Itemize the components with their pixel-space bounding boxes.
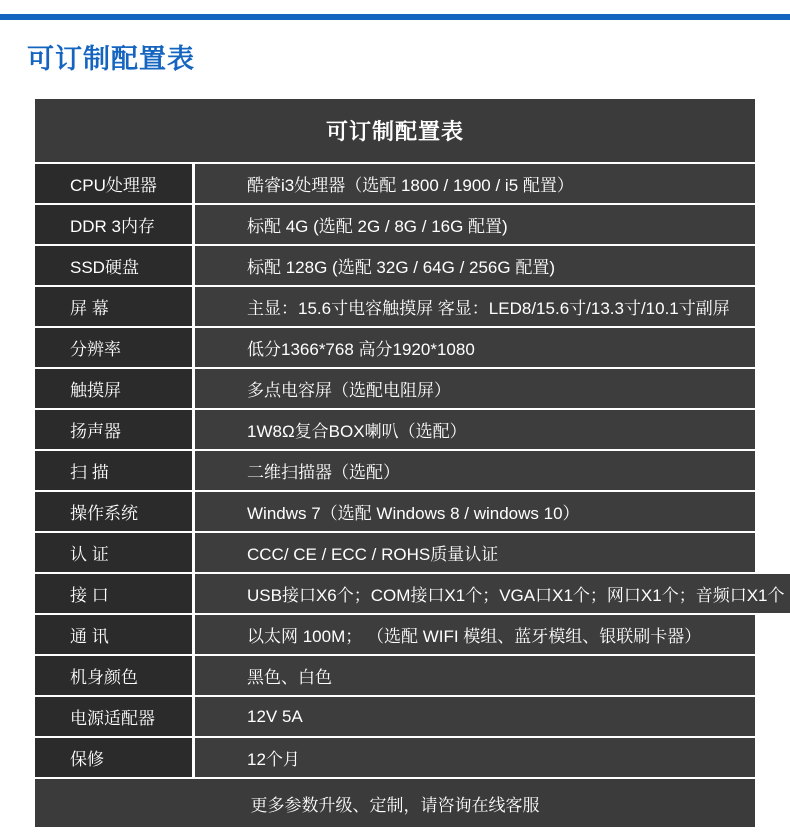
page-title: 可订制配置表 — [27, 37, 790, 76]
spec-label-cell: 保修 — [35, 738, 192, 777]
spec-value-cell: 标配 4G (选配 2G / 8G / 16G 配置) — [195, 205, 755, 244]
spec-label-cell: 电源适配器 — [35, 697, 192, 736]
table-footer-note: 更多参数升级、定制，请咨询在线客服 — [35, 779, 755, 827]
spec-label-cell: 分辨率 — [35, 328, 192, 367]
spec-label-cell: 接 口 — [35, 574, 192, 613]
spec-label-cell: 认 证 — [35, 533, 192, 572]
spec-value-cell: 12个月 — [195, 738, 755, 777]
spec-label-cell: 通 讯 — [35, 615, 192, 654]
spec-label-cell: 操作系统 — [35, 492, 192, 531]
spec-value-cell: 酷睿i3处理器（选配 1800 / 1900 / i5 配置） — [195, 164, 755, 203]
table-row: 认 证 CCC/ CE / ECC / ROHS质量认证 — [35, 533, 755, 572]
table-row: 扫 描 二维扫描器（选配） — [35, 451, 755, 490]
spec-value-cell: 1W8Ω复合BOX喇叭（选配） — [195, 410, 755, 449]
table-row: 触摸屏 多点电容屏（选配电阻屏） — [35, 369, 755, 408]
spec-value-cell: 黑色、白色 — [195, 656, 755, 695]
table-row: SSD硬盘 标配 128G (选配 32G / 64G / 256G 配置) — [35, 246, 755, 285]
spec-label-cell: 扫 描 — [35, 451, 192, 490]
table-row: 屏 幕 主显：15.6寸电容触摸屏 客显：LED8/15.6寸/13.3寸/10… — [35, 287, 755, 326]
spec-label-cell: CPU处理器 — [35, 164, 192, 203]
table-row: 保修 12个月 — [35, 738, 755, 777]
spec-label-cell: 机身颜色 — [35, 656, 192, 695]
table-header-title: 可订制配置表 — [35, 99, 755, 162]
spec-label-cell: SSD硬盘 — [35, 246, 192, 285]
spec-value-cell: 主显：15.6寸电容触摸屏 客显：LED8/15.6寸/13.3寸/10.1寸副… — [195, 287, 755, 326]
table-row: CPU处理器 酷睿i3处理器（选配 1800 / 1900 / i5 配置） — [35, 164, 755, 203]
spec-value-cell: Windws 7（选配 Windows 8 / windows 10） — [195, 492, 755, 531]
spec-value-cell: 12V 5A — [195, 697, 755, 736]
spec-label-cell: 扬声器 — [35, 410, 192, 449]
spec-value-cell: USB接口X6个；COM接口X1个；VGA口X1个；网口X1个；音频口X1个 — [195, 574, 790, 613]
table-row: 操作系统 Windws 7（选配 Windows 8 / windows 10） — [35, 492, 755, 531]
table-row: 机身颜色 黑色、白色 — [35, 656, 755, 695]
spec-value-cell: CCC/ CE / ECC / ROHS质量认证 — [195, 533, 755, 572]
spec-value-cell: 标配 128G (选配 32G / 64G / 256G 配置) — [195, 246, 755, 285]
table-row: 接 口 USB接口X6个；COM接口X1个；VGA口X1个；网口X1个；音频口X… — [35, 574, 755, 613]
spec-label-cell: DDR 3内存 — [35, 205, 192, 244]
spec-table: 可订制配置表 CPU处理器 酷睿i3处理器（选配 1800 / 1900 / i… — [35, 99, 755, 827]
table-row: DDR 3内存 标配 4G (选配 2G / 8G / 16G 配置) — [35, 205, 755, 244]
spec-value-cell: 以太网 100M； （选配 WIFI 模组、蓝牙模组、银联刷卡器） — [195, 615, 755, 654]
table-row: 通 讯 以太网 100M； （选配 WIFI 模组、蓝牙模组、银联刷卡器） — [35, 615, 755, 654]
spec-value-cell: 低分1366*768 高分1920*1080 — [195, 328, 755, 367]
top-accent-bar — [0, 14, 790, 20]
spec-value-cell: 多点电容屏（选配电阻屏） — [195, 369, 755, 408]
table-row: 分辨率 低分1366*768 高分1920*1080 — [35, 328, 755, 367]
table-row: 电源适配器 12V 5A — [35, 697, 755, 736]
spec-label-cell: 屏 幕 — [35, 287, 192, 326]
spec-value-cell: 二维扫描器（选配） — [195, 451, 755, 490]
spec-label-cell: 触摸屏 — [35, 369, 192, 408]
table-row: 扬声器 1W8Ω复合BOX喇叭（选配） — [35, 410, 755, 449]
